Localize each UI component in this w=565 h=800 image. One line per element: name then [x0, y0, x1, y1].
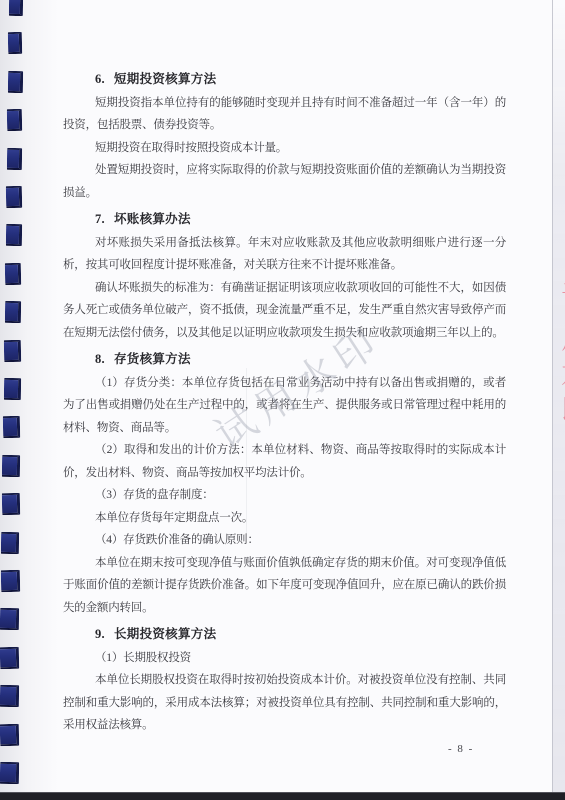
paragraph: 对坏账损失采用备抵法核算。年末对应收账款及其他应收款明细账户进行逐一分析，按其可… [63, 232, 506, 277]
edge-trial-watermark-clipped: 试用水印 [553, 282, 565, 427]
paragraph: 短期投资在取得时按照投资成本计量。 [63, 137, 506, 160]
section-heading: 8.存货核算方法 [63, 348, 506, 371]
page-number: - 8 - [448, 743, 474, 755]
paragraph: 短期投资指本单位持有的能够随时变现并且持有时间不准备超过一年（含一年）的投资，包… [63, 92, 506, 137]
paragraph: 处置短期投资时，应将实际取得的价款与短期投资账面价值的差额确认为当期投资损益。 [63, 159, 506, 204]
section-bad-debt: 7.坏账核算办法 对坏账损失采用备抵法核算。年末对应收账款及其他应收款明细账户进… [63, 208, 506, 344]
document-content: 6.短期投资核算方法 短期投资指本单位持有的能够随时变现并且持有时间不准备超过一… [0, 0, 565, 737]
heading-number: 7. [95, 212, 105, 226]
paragraph: （3）存货的盘存制度： [63, 484, 506, 507]
heading-number: 9. [95, 627, 105, 641]
heading-title: 存货核算方法 [114, 352, 191, 366]
scanner-edge-strip [0, 792, 565, 800]
paragraph: （2）取得和发出的计价方法：本单位材料、物资、商品等按取得时的实际成本计价，发出… [63, 439, 506, 484]
edge-watermark-text: 试用水印 [553, 282, 565, 427]
section-heading: 6.短期投资核算方法 [63, 68, 506, 91]
scanned-page: 6.短期投资核算方法 短期投资指本单位持有的能够随时变现并且持有时间不准备超过一… [0, 0, 565, 800]
section-heading: 9.长期投资核算方法 [63, 623, 506, 646]
paragraph: 本单位在期末按可变现净值与账面价值孰低确定存货的期末价值。对可变现净值低于账面价… [63, 552, 506, 620]
heading-title: 坏账核算办法 [114, 212, 191, 226]
paragraph: （4）存货跌价准备的确认原则： [63, 529, 506, 552]
section-long-term-investment: 9.长期投资核算方法 （1）长期股权投资 本单位长期股权投资在取得时按初始投资成… [63, 623, 506, 737]
heading-number: 6. [95, 72, 105, 86]
paragraph: 确认坏账损失的标准为：有确凿证据证明该项应收款项收回的可能性不大，如因债务人死亡… [63, 277, 506, 345]
section-inventory: 8.存货核算方法 （1）存货分类：本单位存货包括在日常业务活动中持有以备出售或捐… [63, 348, 506, 619]
heading-title: 长期投资核算方法 [114, 627, 216, 641]
paragraph: （1）存货分类：本单位存货包括在日常业务活动中持有以备出售或捐赠的，或者为了出售… [63, 372, 506, 440]
binding-tooth [0, 762, 19, 784]
paragraph: 本单位长期股权投资在取得时按初始投资成本计价。对被投资单位没有控制、共同控制和重… [63, 669, 506, 737]
section-short-term-investment: 6.短期投资核算方法 短期投资指本单位持有的能够随时变现并且持有时间不准备超过一… [63, 68, 506, 204]
paragraph: （1）长期股权投资 [63, 647, 506, 670]
section-heading: 7.坏账核算办法 [63, 208, 506, 231]
heading-number: 8. [95, 352, 105, 366]
heading-title: 短期投资核算方法 [114, 72, 216, 86]
paragraph: 本单位存货每年定期盘点一次。 [63, 507, 506, 530]
